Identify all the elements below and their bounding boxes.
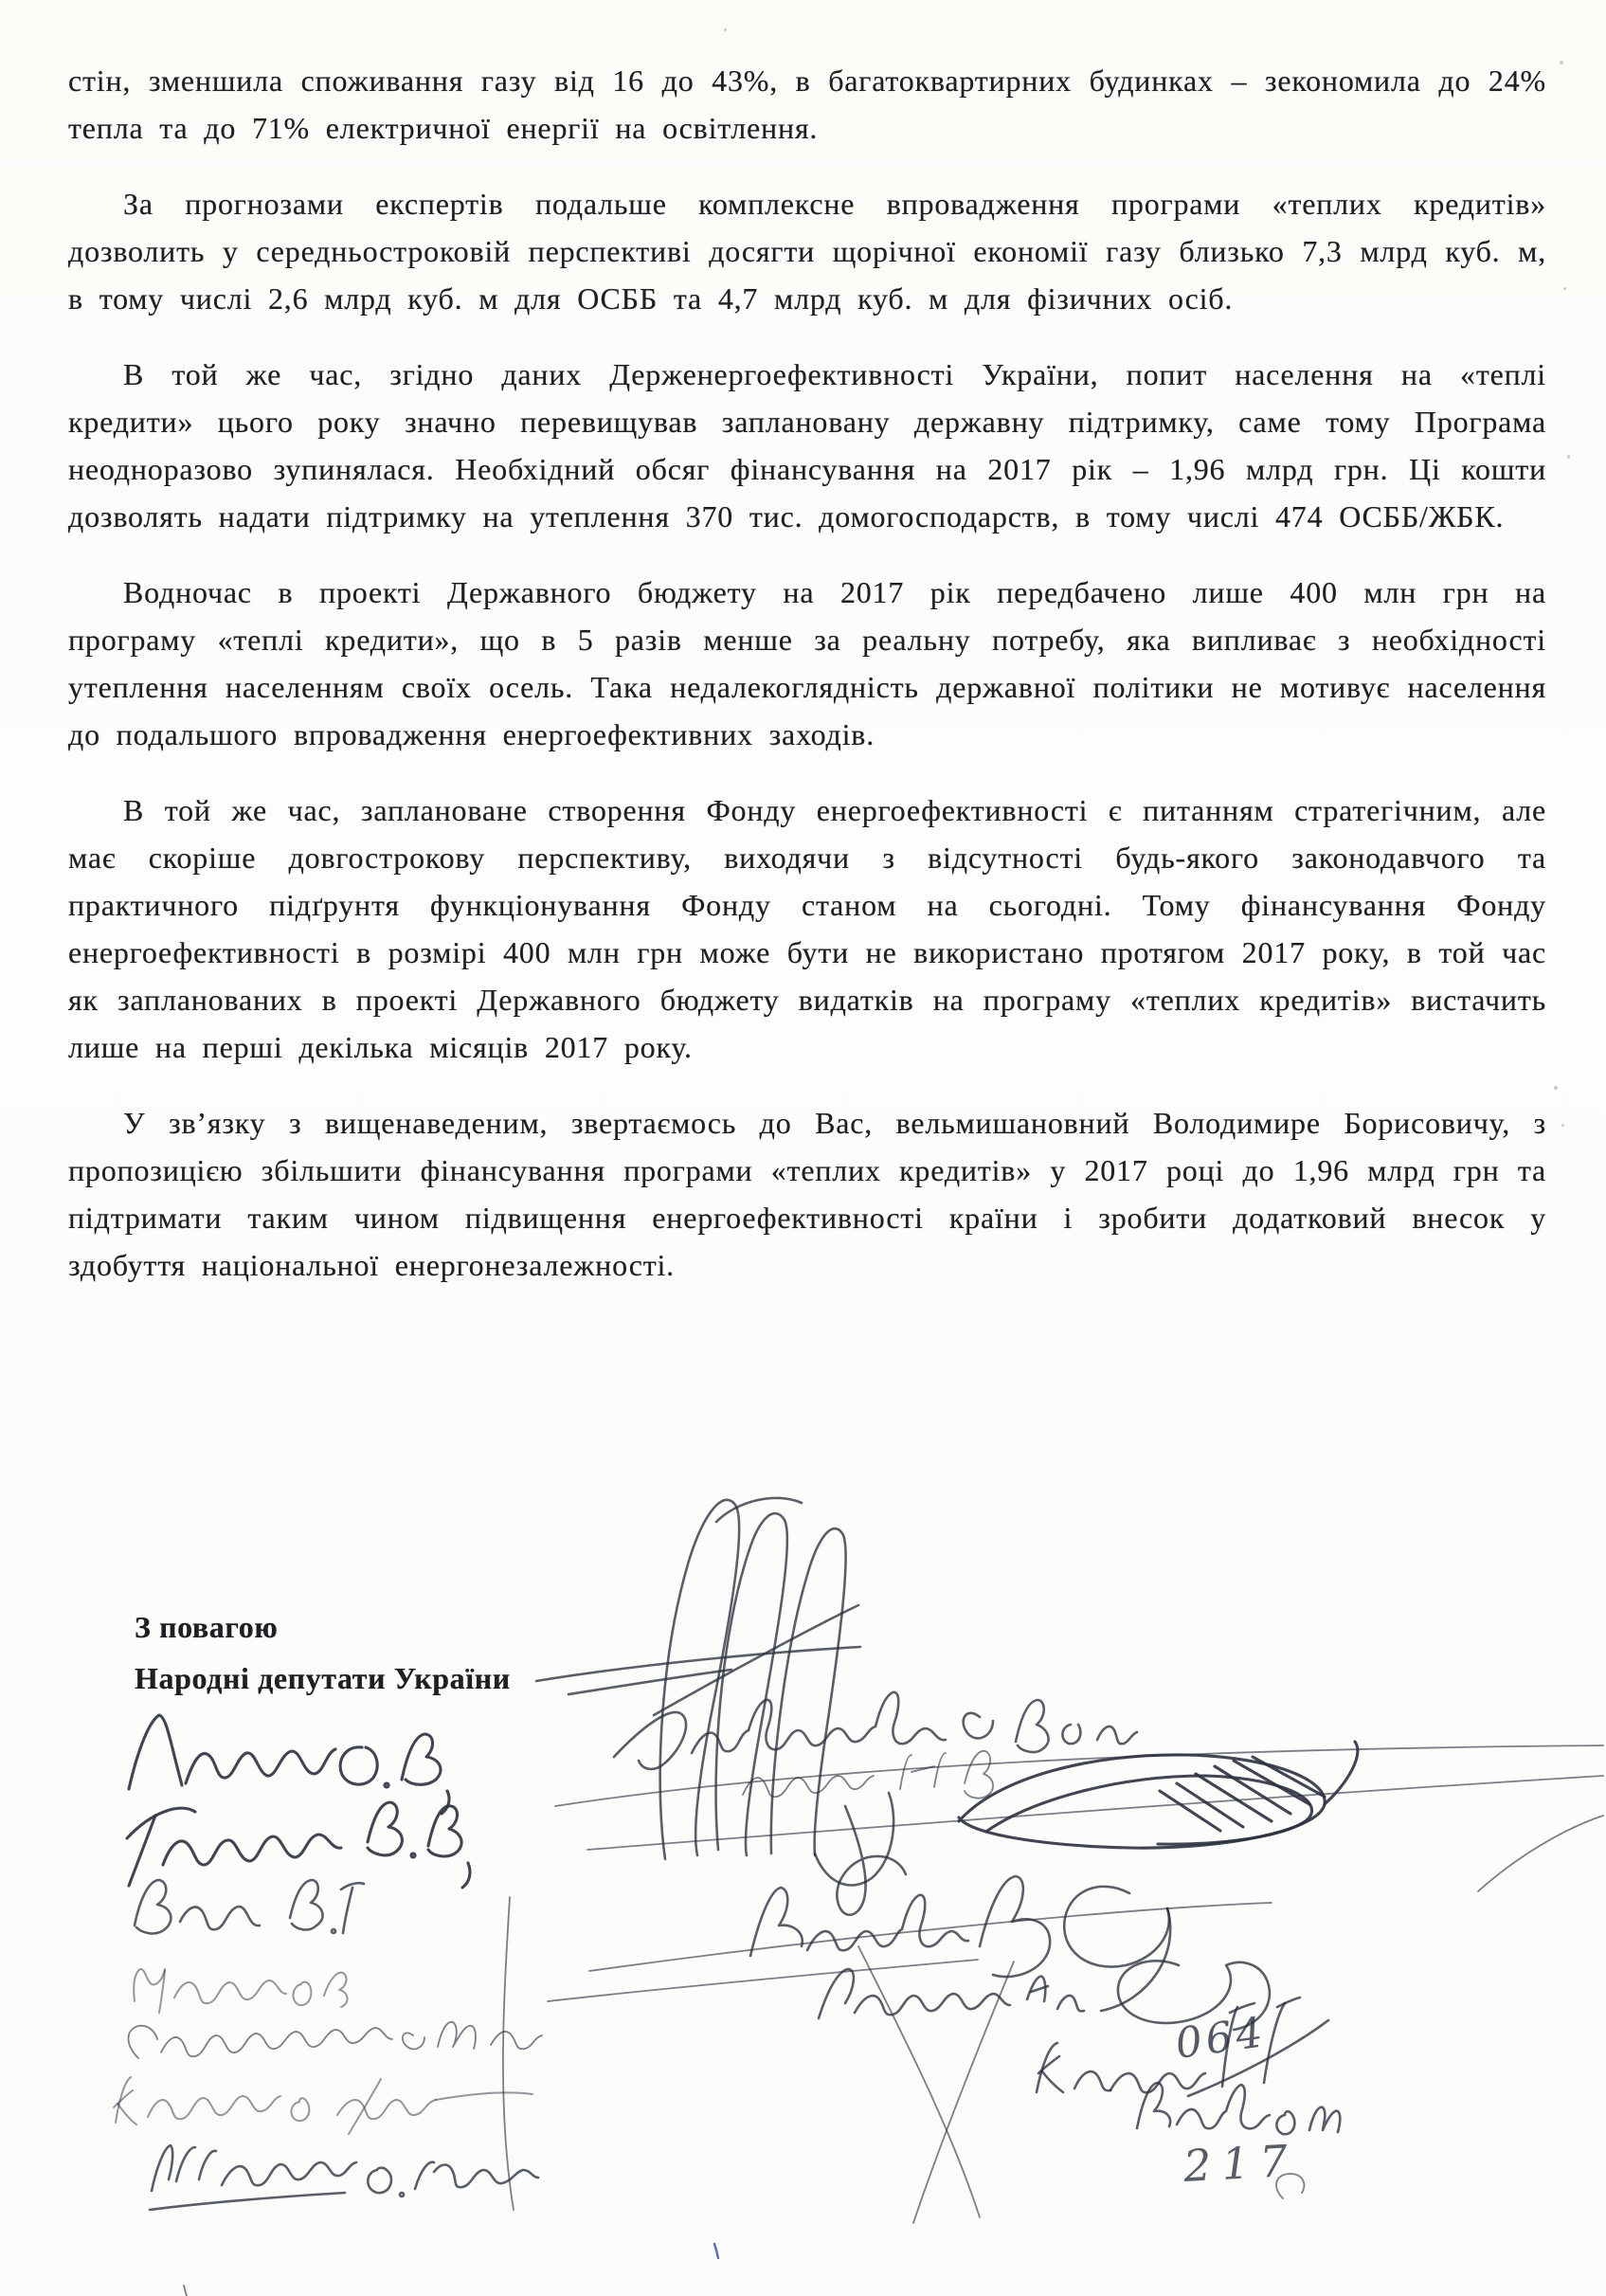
signature-dombrovskyi — [614, 1692, 1137, 1769]
signature-lyashko — [129, 1715, 449, 1814]
signature-halasiuk — [127, 1802, 470, 1888]
blue-pen-mark — [714, 2244, 718, 2258]
signatures-overlay: 064 217 — [0, 0, 1606, 2296]
signature-vovk — [135, 1880, 364, 1933]
signature-tail-strokes — [184, 1897, 1304, 2296]
handwritten-number-064: 064 — [1172, 2008, 1269, 2069]
signature-rozenblat — [750, 1876, 1170, 2011]
scanned-letter-page: стін, зменшила споживання газу від 16 до… — [0, 0, 1606, 2296]
signature-oval-scribble — [959, 1742, 1358, 1848]
signature-riabchyn — [1137, 2083, 1340, 2134]
signature-long-strokes — [548, 1745, 1603, 2001]
handwritten-number-217: 217 — [1182, 2135, 1299, 2192]
signature-illegible-sm — [129, 2022, 543, 2058]
signature-chyzhmar — [134, 1969, 347, 2013]
signature-illegible-ov — [150, 2145, 538, 2210]
signature-illegible-lenko — [114, 2077, 532, 2134]
signature-kryvshe — [743, 1751, 993, 1799]
signature-central-flourish — [536, 1498, 906, 1915]
